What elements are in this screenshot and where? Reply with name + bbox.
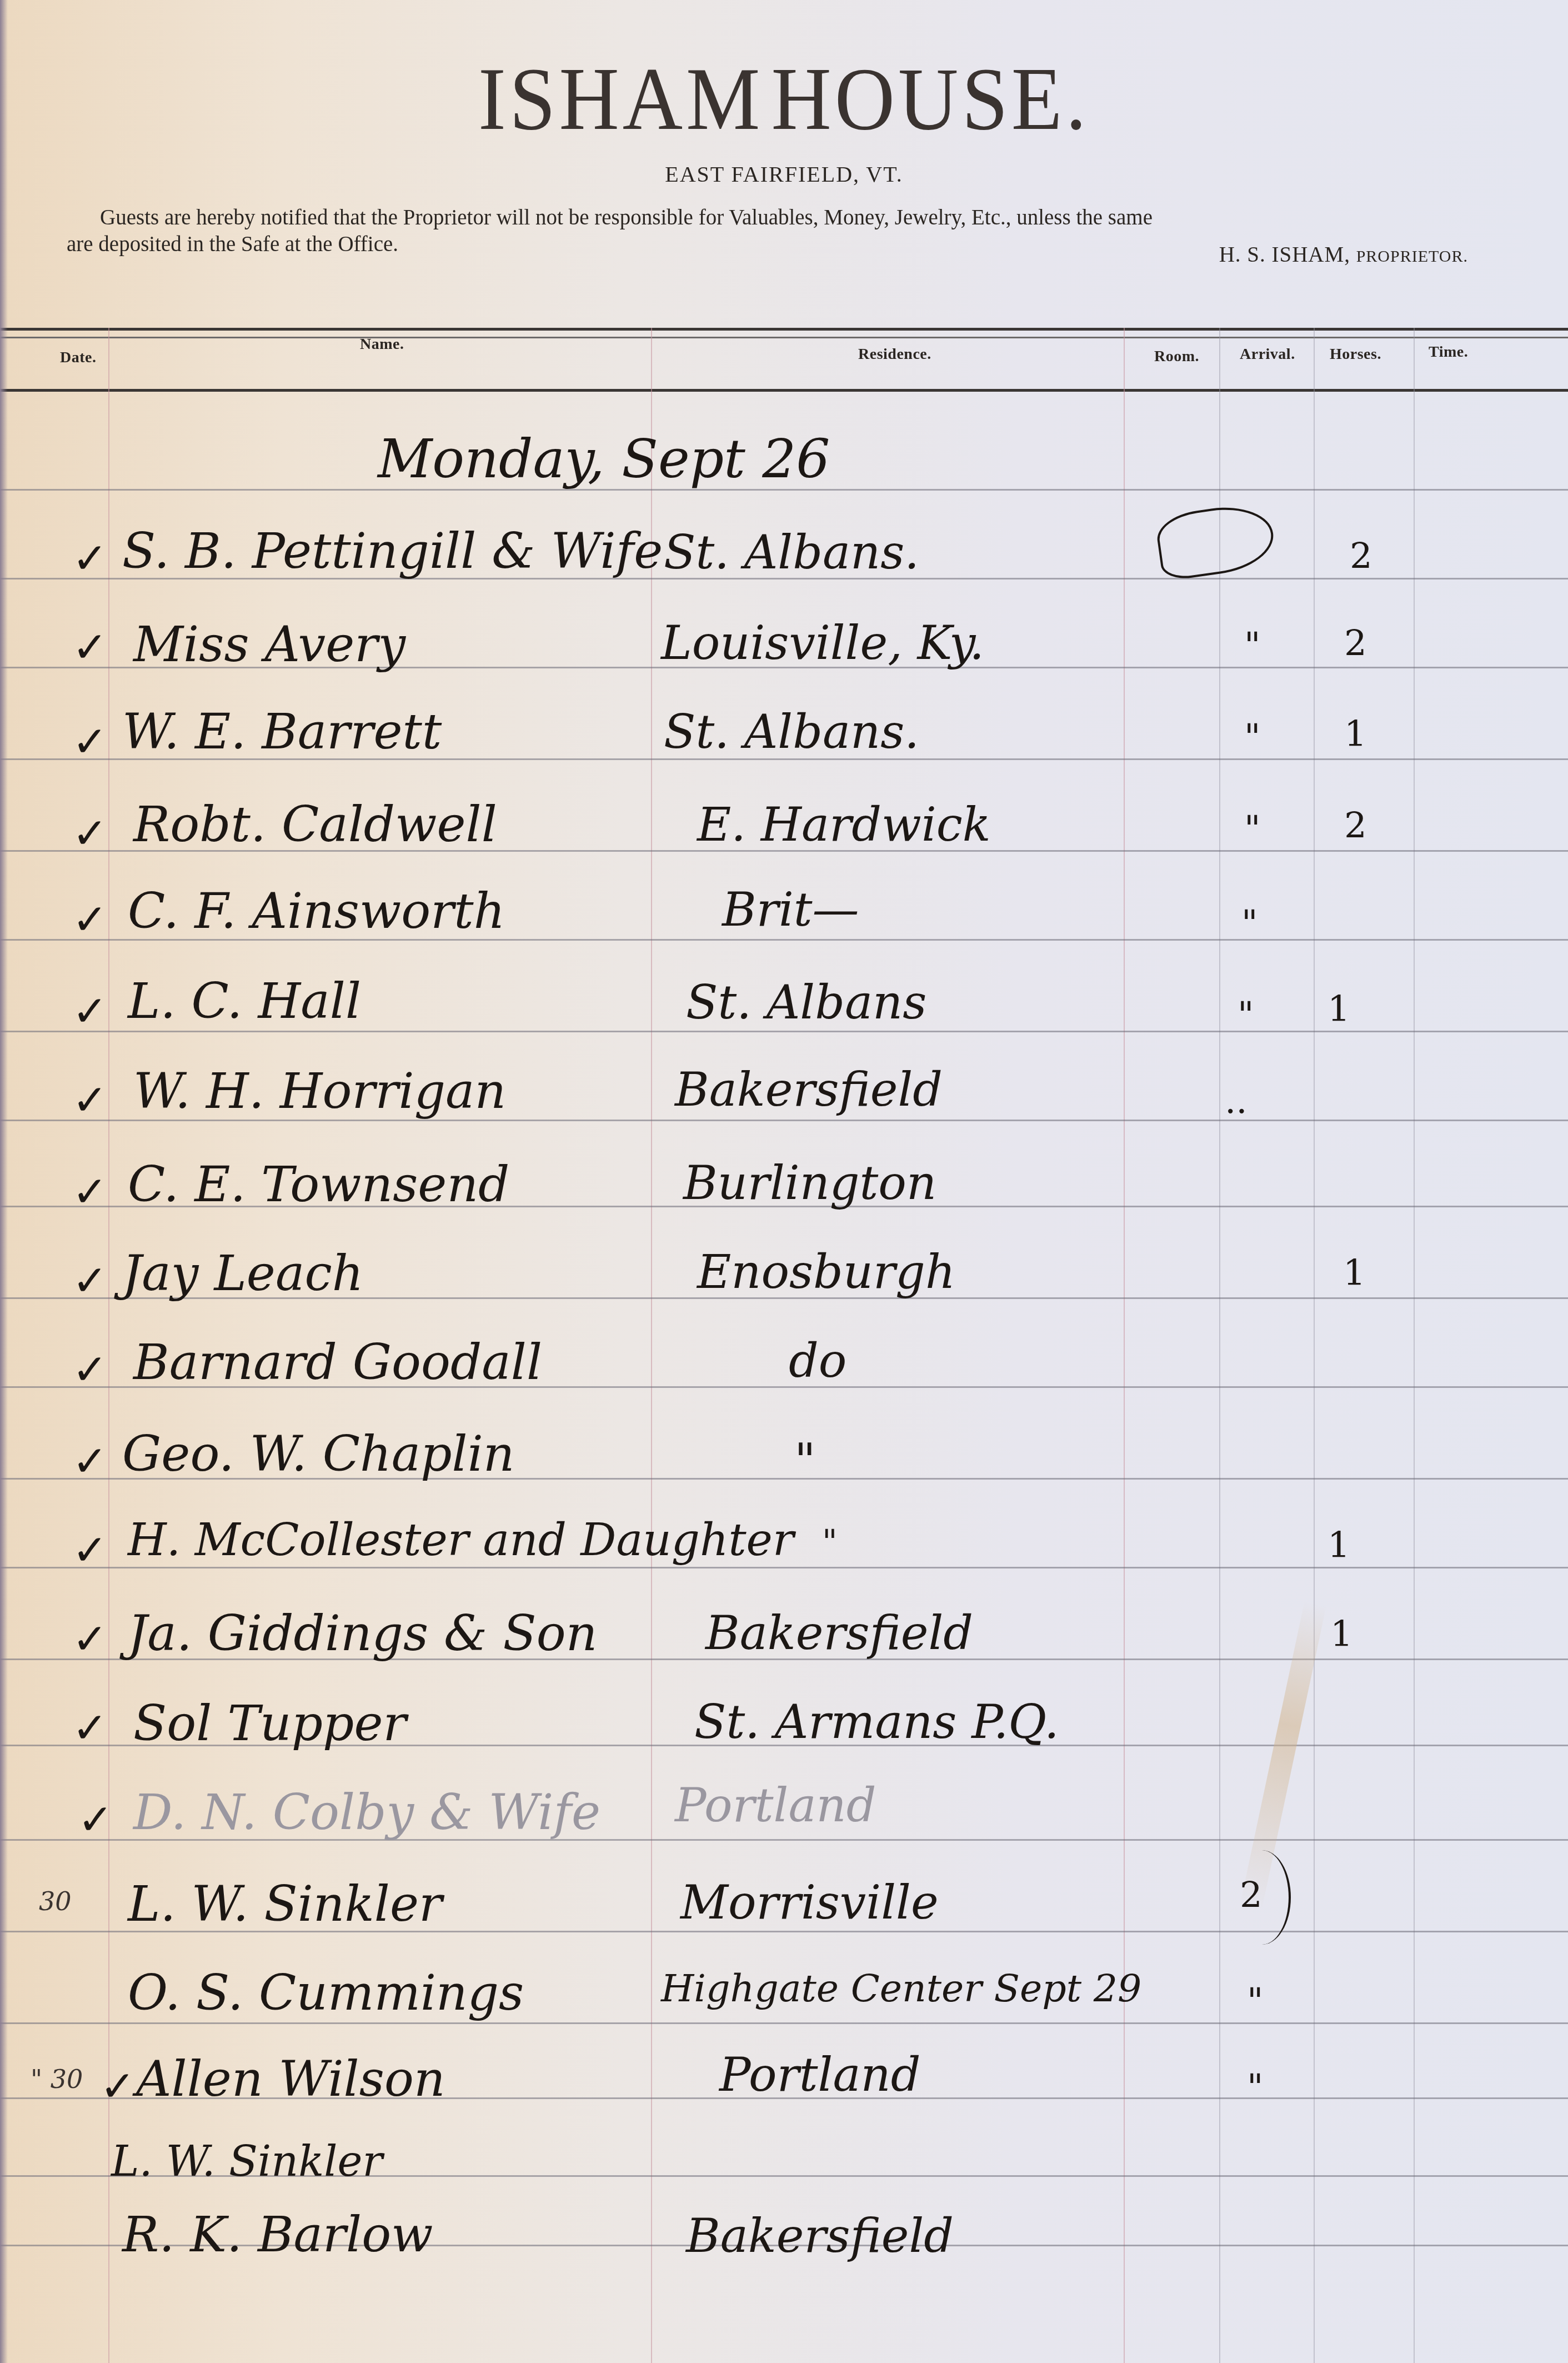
guest-name: S. B. Pettingill & Wife <box>122 522 663 579</box>
guest-residence: Louisville, Ky. <box>661 616 984 670</box>
horses-count: 2 <box>1344 623 1367 665</box>
guest-name: W. E. Barrett <box>122 703 442 760</box>
checkmark: ✓ <box>72 895 108 944</box>
arrival-ditto: " <box>1244 625 1260 666</box>
margin-note: 30 <box>39 1886 72 1916</box>
guest-residence-faded: Portland <box>675 1778 876 1832</box>
column-header-time: Time. <box>1429 343 1468 361</box>
guest-residence: Portland <box>719 2047 920 2102</box>
checkmark: ✓ <box>72 533 108 583</box>
guest-residence: Enosburgh <box>697 1245 955 1299</box>
checkmark: ✓ <box>72 808 108 858</box>
guest-residence: St. Armans P.Q. <box>694 1695 1059 1749</box>
arrival-ditto: " <box>1241 903 1258 944</box>
column-divider-arrival <box>1314 328 1315 2363</box>
margin-note: " 30 <box>31 2064 83 2094</box>
guest-name: Barnard Goodall <box>133 1333 542 1391</box>
guest-name: Geo. W. Chaplin <box>122 1425 515 1482</box>
column-header-room: Room. <box>1154 348 1199 366</box>
column-header-residence: Residence. <box>858 346 931 363</box>
guest-residence: Morrisville <box>680 1875 939 1930</box>
notice-line-1: Guests are hereby notified that the Prop… <box>100 204 1522 231</box>
guest-name: O. S. Cummings <box>128 1964 524 2021</box>
proprietor-title: PROPRIETOR. <box>1356 247 1468 266</box>
guest-name: Allen Wilson <box>136 2050 445 2107</box>
arrival-ditto: " <box>1247 1981 1263 2022</box>
guest-residence: Burlington <box>683 1156 936 1210</box>
hotel-name-part2: HOUSE. <box>771 49 1090 148</box>
checkmark: ✓ <box>72 1703 108 1752</box>
column-header-date: Date. <box>60 349 96 367</box>
header-rule-top <box>0 328 1568 331</box>
guest-name: W. H. Horrigan <box>133 1062 506 1120</box>
header-rule-bottom <box>0 389 1568 392</box>
guest-name: Miss Avery <box>133 616 405 673</box>
guest-name-faded: D. N. Colby & Wife <box>133 1784 600 1841</box>
checkmark: ✓ <box>72 717 108 766</box>
horses-count: 1 <box>1327 1525 1350 1566</box>
arrival-ditto: " <box>1244 808 1260 850</box>
guest-name: Sol Tupper <box>133 1695 407 1752</box>
checkmark: ✓ <box>72 1614 108 1663</box>
checkmark: ✓ <box>78 1795 113 1844</box>
proprietor-name: H. S. ISHAM, <box>1219 243 1350 267</box>
guest-name: Jay Leach <box>122 1245 363 1302</box>
guest-residence: do <box>789 1333 846 1388</box>
arrival-ditto: " <box>1247 2067 1263 2108</box>
horses-count: 2 <box>1350 536 1372 577</box>
column-divider-residence <box>1124 328 1125 2363</box>
guest-residence: St. Albans <box>686 975 926 1030</box>
guest-name: C. F. Ainsworth <box>128 882 505 940</box>
horses-count: 1 <box>1327 989 1350 1030</box>
hotel-name: ISHAMHOUSE. <box>0 47 1568 151</box>
guest-name: L. W. Sinkler <box>128 1875 442 1932</box>
date-heading: Monday, Sept 26 <box>378 428 830 490</box>
guest-residence: " <box>822 1522 838 1561</box>
horses-count: 1 <box>1344 714 1367 755</box>
checkmark: ✓ <box>72 1436 108 1486</box>
ruled-line <box>0 1120 1568 1121</box>
guest-name: L. C. Hall <box>128 972 361 1030</box>
guest-residence: Brit— <box>722 882 859 937</box>
guest-name: Robt. Caldwell <box>133 796 497 853</box>
horses-count: 1 <box>1343 1253 1366 1294</box>
guest-residence: St. Albans. <box>664 705 919 759</box>
arrival-ditto: " <box>1238 995 1254 1036</box>
hotel-name-part1: ISHAM <box>478 49 763 148</box>
checkmark: ✓ <box>72 986 108 1036</box>
guest-name: H. McCollester and Daughter <box>128 1514 794 1566</box>
guest-name: Ja. Giddings & Son <box>128 1605 597 1662</box>
column-divider-horses <box>1414 328 1415 2363</box>
checkmark: ✓ <box>72 1075 108 1125</box>
checkmark: ✓ <box>100 2061 136 2111</box>
room-number: 2 <box>1240 1875 1263 1916</box>
room-mark-d <box>1154 501 1278 582</box>
arrival-ditto: .. <box>1225 1081 1248 1122</box>
column-divider-date <box>108 328 109 2363</box>
checkmark: ✓ <box>72 622 108 672</box>
guest-name: C. E. Townsend <box>128 1156 509 1213</box>
column-header-arrival: Arrival. <box>1240 346 1295 363</box>
column-header-horses: Horses. <box>1330 346 1381 363</box>
guest-residence: Highgate Center Sept 29 <box>661 1967 1141 2011</box>
checkmark: ✓ <box>72 1525 108 1575</box>
ruled-line <box>0 2022 1568 2024</box>
guest-residence: Bakersfield <box>686 2209 954 2263</box>
guest-name: R. K. Barlow <box>122 2206 433 2263</box>
proprietor-signature: H. S. ISHAM, PROPRIETOR. <box>1219 242 1468 267</box>
horses-count: 2 <box>1344 806 1367 847</box>
register-page: ISHAMHOUSE. EAST FAIRFIELD, VT. Guests a… <box>0 0 1568 2363</box>
guest-residence: St. Albans. <box>664 525 919 579</box>
guest-residence: Bakersfield <box>675 1062 943 1117</box>
hotel-location: EAST FAIRFIELD, VT. <box>0 161 1568 187</box>
checkmark: ✓ <box>72 1345 108 1394</box>
header-rule-top-inner <box>0 337 1568 338</box>
printed-header: ISHAMHOUSE. EAST FAIRFIELD, VT. Guests a… <box>0 0 1568 311</box>
checkmark: ✓ <box>72 1256 108 1305</box>
ruled-line <box>0 1567 1568 1568</box>
checkmark: ✓ <box>72 1167 108 1216</box>
guest-name: L. W. Sinkler <box>111 2136 383 2186</box>
guest-residence: Bakersfield <box>705 1606 973 1660</box>
guest-residence: " <box>794 1433 816 1488</box>
ruled-line <box>0 1031 1568 1032</box>
horses-count: 1 <box>1330 1614 1353 1655</box>
column-divider-name <box>651 328 652 2363</box>
guest-residence: E. Hardwick <box>697 797 991 852</box>
column-header-name: Name. <box>360 336 404 353</box>
arrival-ditto: " <box>1244 717 1260 758</box>
column-divider-room <box>1219 328 1220 2363</box>
